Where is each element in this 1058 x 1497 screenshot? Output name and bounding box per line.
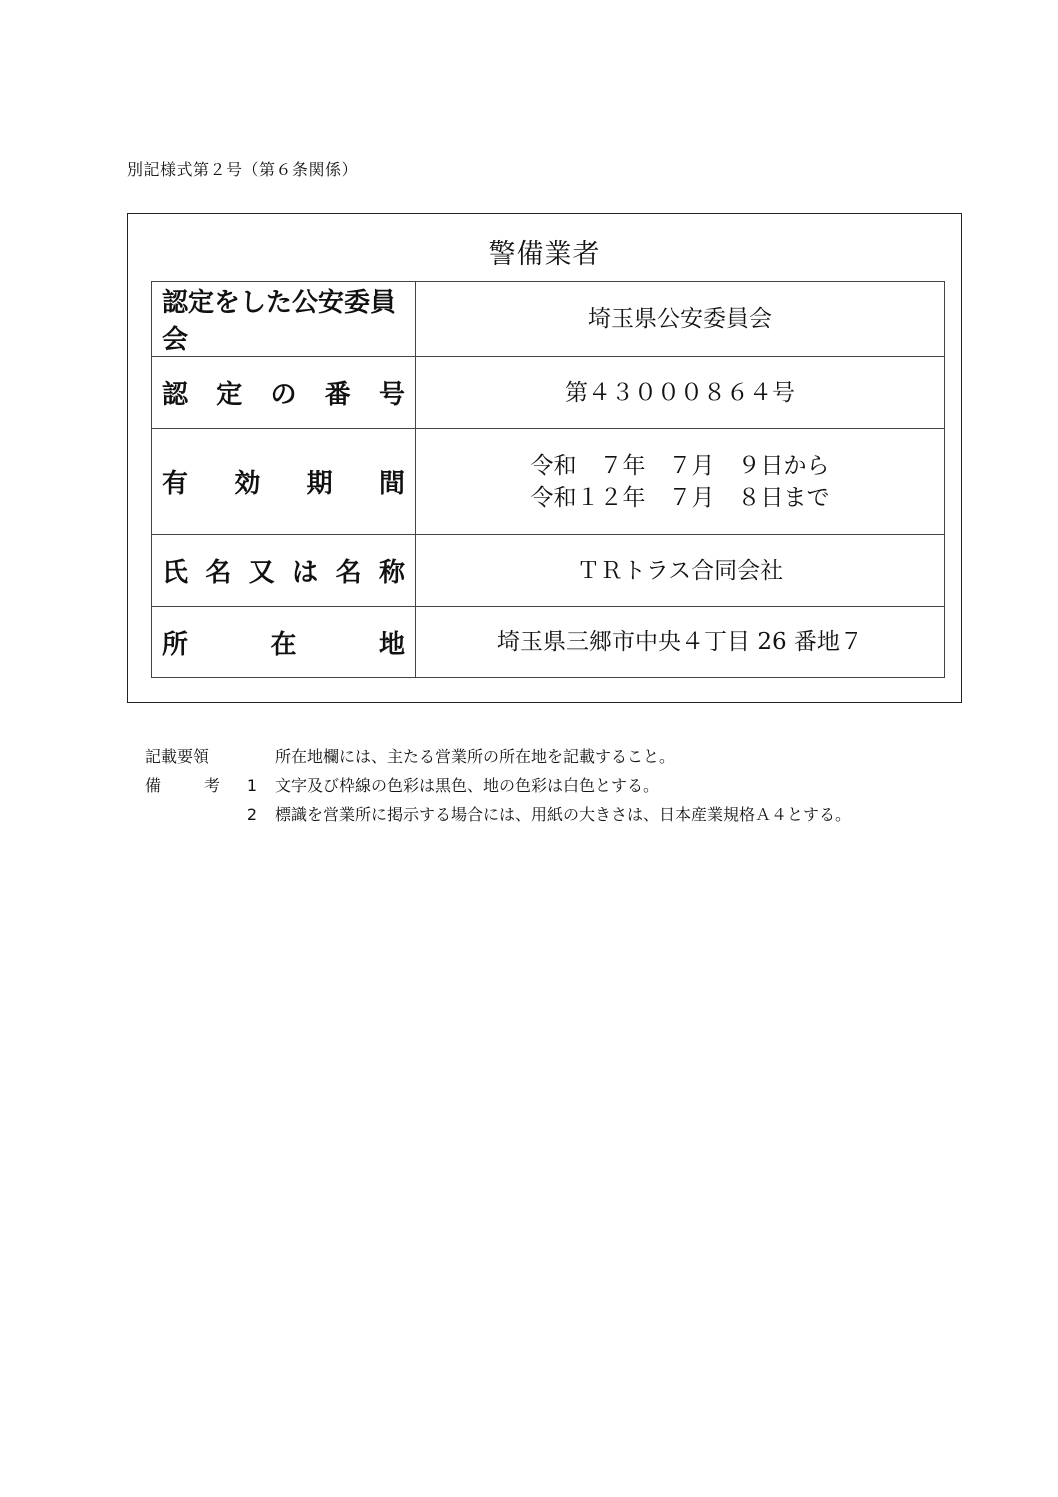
validity-from: 令和 ７年 ７月 ９日から (416, 450, 944, 482)
table-row-validity: 有 効 期 間 令和 ７年 ７月 ９日から 令和１２年 ７月 ８日まで (152, 429, 945, 535)
table-row-address: 所 在 地 埼玉県三郷市中央４丁目 26 番地７ (152, 607, 945, 678)
table-row-name: 氏 名 又 は 名 称 ＴＲトラス合同会社 (152, 535, 945, 607)
label-name: 氏 名 又 は 名 称 (152, 535, 416, 607)
label-commission: 認定をした公安委員会 (152, 282, 416, 357)
validity-to: 令和１２年 ７月 ８日まで (416, 482, 944, 514)
table-row-commission: 認定をした公安委員会 埼玉県公安委員会 (152, 282, 945, 357)
value-validity: 令和 ７年 ７月 ９日から 令和１２年 ７月 ８日まで (416, 429, 945, 535)
instructions-label: 記載要領 (145, 742, 257, 771)
remark-number: 2 (220, 800, 257, 829)
remark-text: 標識を営業所に掲示する場合には、用紙の大きさは、日本産業規格Ａ４とする。 (275, 800, 851, 829)
remark-line-2: 2 標識を営業所に掲示する場合には、用紙の大きさは、日本産業規格Ａ４とする。 (145, 800, 851, 829)
table-row-cert-number: 認 定 の 番 号 第４３０００８６４号 (152, 357, 945, 429)
remark-number: 1 (220, 771, 257, 800)
label-cert-number: 認 定 の 番 号 (152, 357, 416, 429)
form-number: 別記様式第２号（第６条関係） (127, 157, 358, 180)
sign-title: 警備業者 (128, 232, 961, 271)
label-validity: 有 効 期 間 (152, 429, 416, 535)
instructions-line: 記載要領 所在地欄には、主たる営業所の所在地を記載すること。 (145, 742, 851, 771)
value-address: 埼玉県三郷市中央４丁目 26 番地７ (416, 607, 945, 678)
sign-table: 認定をした公安委員会 埼玉県公安委員会 認 定 の 番 号 第４３０００８６４号… (151, 281, 945, 678)
remarks-label: 備 考 (145, 771, 220, 800)
notes: 記載要領 所在地欄には、主たる営業所の所在地を記載すること。 備 考 1 文字及… (145, 742, 851, 829)
remark-line-1: 備 考 1 文字及び枠線の色彩は黒色、地の色彩は白色とする。 (145, 771, 851, 800)
value-cert-number: 第４３０００８６４号 (416, 357, 945, 429)
instructions-text: 所在地欄には、主たる営業所の所在地を記載すること。 (275, 742, 675, 771)
value-commission: 埼玉県公安委員会 (416, 282, 945, 357)
value-name: ＴＲトラス合同会社 (416, 535, 945, 607)
remark-text: 文字及び枠線の色彩は黒色、地の色彩は白色とする。 (275, 771, 659, 800)
label-address: 所 在 地 (152, 607, 416, 678)
